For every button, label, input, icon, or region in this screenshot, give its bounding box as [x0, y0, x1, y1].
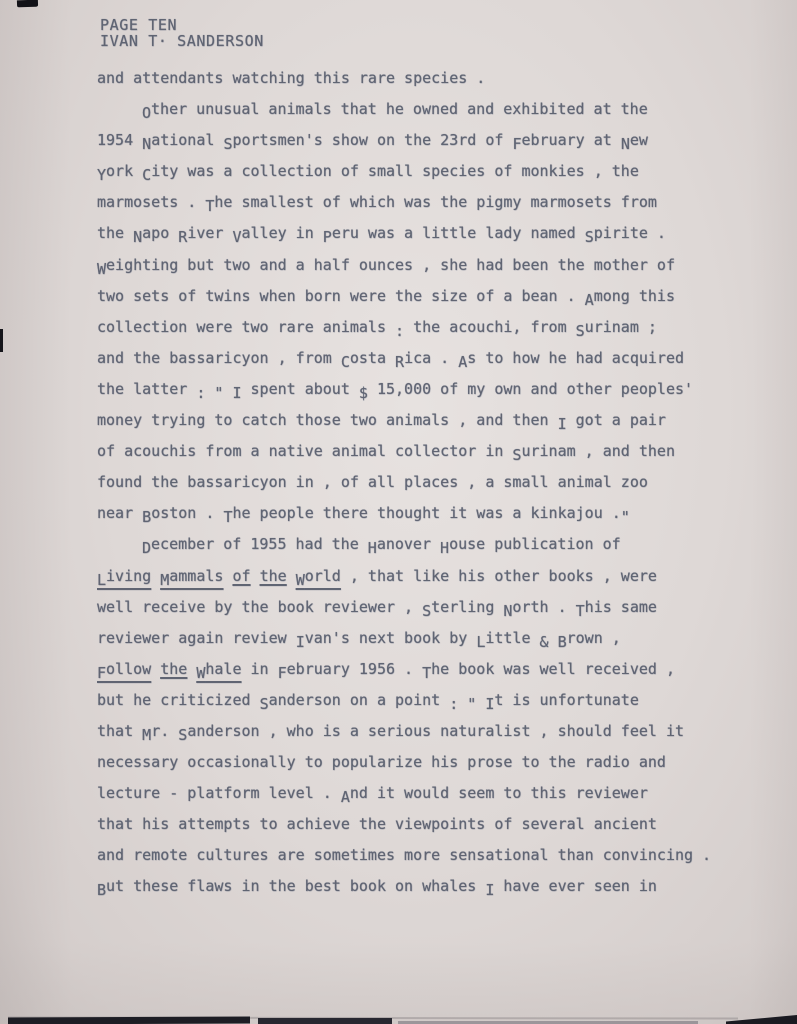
shifted-char: R [225, 32, 235, 50]
shifted-char: P [323, 228, 332, 246]
typed-line: 1954 National Sportsmen's show on the 23… [97, 125, 737, 156]
shifted-char: O [245, 32, 255, 50]
shifted-char: L [476, 633, 485, 651]
typed-line: near Boston . The people there thought i… [97, 498, 737, 529]
shifted-char: N [621, 135, 630, 153]
shifted-char: S [178, 726, 187, 744]
shifted-char: T [205, 197, 214, 215]
underlined-book-title-word: World [296, 567, 341, 589]
shifted-char: T [576, 602, 585, 620]
shifted-char: : [395, 322, 404, 340]
typed-line: and the bassaricyon , from Costa Rica . … [97, 343, 737, 374]
typed-line: Weighting but two and a half ounces , sh… [97, 250, 737, 281]
shifted-char: I [485, 695, 494, 713]
shifted-char: & [540, 633, 549, 651]
typed-line: the latter : " I spent about $ 15,000 of… [97, 374, 737, 405]
shifted-char: : [196, 384, 205, 402]
shifted-char: R [178, 228, 187, 246]
typed-line: marmosets . The smallest of which was th… [97, 187, 737, 218]
shifted-char: F [512, 135, 521, 153]
shifted-char: L [97, 571, 106, 589]
shifted-char: F [97, 664, 106, 682]
shifted-char: A [187, 32, 197, 50]
shifted-char: B [97, 881, 106, 899]
scan-edge-segment [726, 1015, 797, 1024]
shifted-char: W [196, 664, 205, 682]
scan-edge-bottom [0, 1012, 797, 1024]
underlined-book-title-word: the [260, 567, 287, 585]
author-name: IVAN T. SANDERSON [100, 29, 264, 45]
shifted-char: S [585, 228, 594, 246]
typed-line: but he criticized Sanderson on a point :… [97, 685, 737, 716]
typed-text-body: and attendants watching this rare specie… [97, 63, 737, 903]
shifted-char: M [160, 571, 169, 589]
shifted-char: D [142, 539, 151, 557]
typed-line: that Mr. Sanderson , who is a serious na… [97, 716, 737, 747]
shifted-char: H [440, 539, 449, 557]
shifted-char: Y [97, 166, 106, 184]
shifted-char: $ [359, 384, 368, 402]
typed-line: found the bassaricyon in , of all places… [97, 467, 737, 498]
typed-line: money trying to catch those two animals … [97, 405, 737, 436]
typed-line: December of 1955 had the Hanover House p… [97, 529, 737, 560]
shifted-char: T [148, 32, 158, 50]
typed-line: the Napo River Valley in Peru was a litt… [97, 218, 737, 249]
scan-edge-segment [8, 1016, 250, 1024]
shifted-char: R [395, 353, 404, 371]
shifted-char: I [232, 384, 241, 402]
typed-line: that his attempts to achieve the viewpoi… [97, 809, 737, 840]
typed-line: lecture - platform level . And it would … [97, 778, 737, 809]
shifted-char: N [142, 135, 151, 153]
shifted-char: A [585, 291, 594, 309]
shifted-char: S [512, 446, 521, 464]
shifted-char: I [485, 881, 494, 899]
typed-line: well receive by the book reviewer , Ster… [97, 592, 737, 623]
shifted-char: B [142, 508, 151, 526]
shifted-char: : [449, 695, 458, 713]
shifted-char: C [341, 353, 350, 371]
shifted-char: N [133, 228, 142, 246]
page-number-label: PAGE TEN [100, 13, 264, 29]
shifted-char: N [254, 32, 264, 50]
shifted-char: A [458, 353, 467, 371]
typed-line: reviewer again review Ivan's next book b… [97, 623, 737, 654]
shifted-char: " [214, 384, 223, 402]
shifted-char: C [142, 166, 151, 184]
scan-mark-left-icon [0, 329, 3, 352]
typed-line: collection were two rare animals : the a… [97, 312, 737, 343]
shifted-char: D [206, 32, 216, 50]
shifted-char: F [278, 664, 287, 682]
document-page: PAGE TEN IVAN T. SANDERSON and attendant… [0, 0, 797, 1024]
underlined-book-title-word: of [232, 567, 250, 585]
typed-line: York City was a collection of small spec… [97, 156, 737, 187]
underlined-book-title-word: Mammals [160, 567, 223, 589]
page-header: PAGE TEN IVAN T. SANDERSON [100, 13, 264, 45]
typed-line: and attendants watching this rare specie… [97, 63, 737, 94]
scan-edge-segment [258, 1018, 392, 1024]
shifted-char: S [177, 32, 187, 50]
shifted-char: V [232, 228, 241, 246]
typed-line: Follow the Whale in February 1956 . The … [97, 654, 737, 685]
shifted-char: E [216, 32, 226, 50]
shifted-char: M [142, 726, 151, 744]
shifted-char: H [368, 539, 377, 557]
shifted-char: V [110, 32, 120, 50]
shifted-char: S [260, 695, 269, 713]
shifted-char: S [422, 602, 431, 620]
typed-line: two sets of twins when born were the siz… [97, 281, 737, 312]
underlined-book-title-word: the [160, 660, 187, 678]
typed-line: Other unusual animals that he owned and … [97, 94, 737, 125]
underlined-book-title-word: Follow [97, 660, 151, 682]
shifted-char: T [422, 664, 431, 682]
shifted-char: W [296, 571, 305, 589]
shifted-char: A [119, 32, 129, 50]
typed-line: necessary occasionally to popularize his… [97, 747, 737, 778]
shifted-char: W [97, 260, 106, 278]
shifted-char: A [341, 788, 350, 806]
underlined-book-title-word: Living [97, 567, 151, 589]
shifted-char: S [223, 135, 232, 153]
shifted-char: " [621, 508, 630, 526]
typed-line: of acouchis from a native animal collect… [97, 436, 737, 467]
shifted-char: T [223, 508, 232, 526]
typed-line: But these flaws in the best book on whal… [97, 871, 737, 902]
shifted-char: I [100, 32, 110, 50]
shifted-char: I [558, 415, 567, 433]
shifted-char: N [129, 32, 139, 50]
shifted-char: O [142, 104, 151, 122]
shifted-char: N [503, 602, 512, 620]
shifted-char: B [558, 633, 567, 651]
underlined-book-title-word: Whale [196, 660, 241, 682]
shifted-char: N [196, 32, 206, 50]
shifted-char: S [576, 322, 585, 340]
typed-line: and remote cultures are sometimes more s… [97, 840, 737, 871]
shifted-char: S [235, 32, 245, 50]
shifted-char: " [467, 695, 476, 713]
shifted-char: I [296, 633, 305, 651]
typed-line: Living Mammals of the World , that like … [97, 561, 737, 592]
scan-mark-top-icon [17, 0, 38, 7]
